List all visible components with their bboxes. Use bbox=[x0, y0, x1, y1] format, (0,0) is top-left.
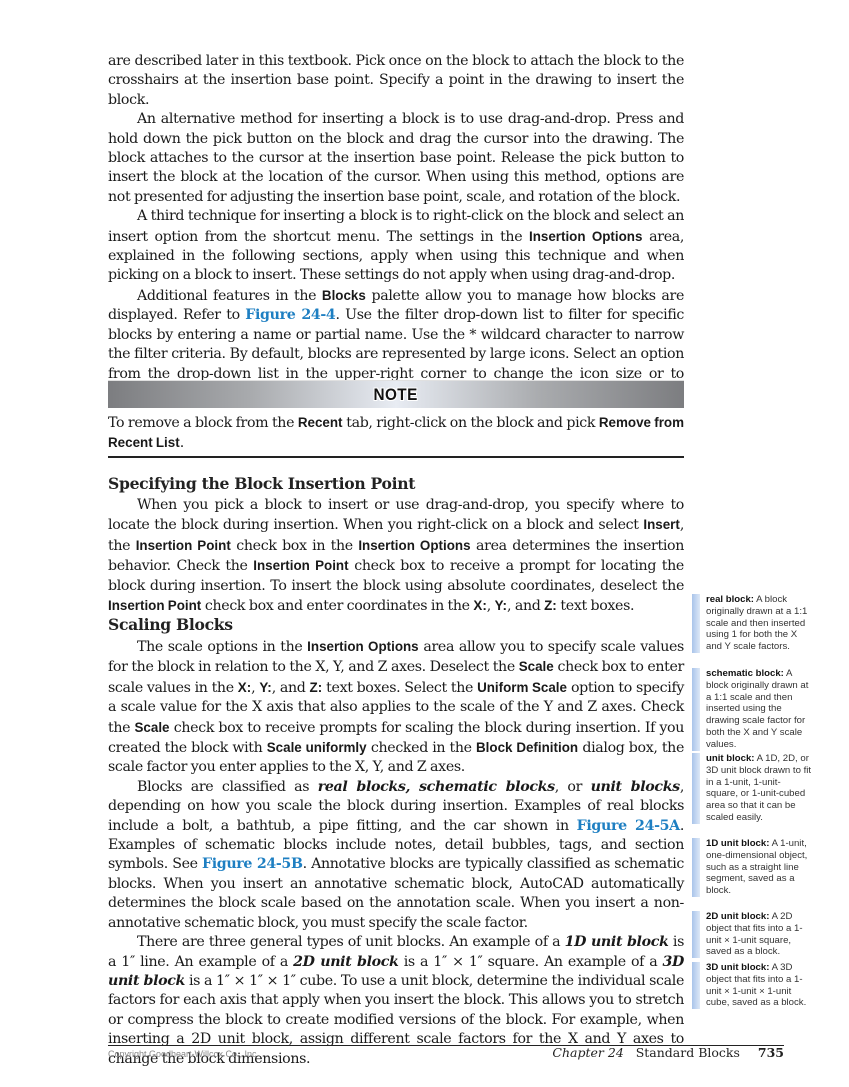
definition-bar bbox=[692, 594, 700, 653]
running-footer: Chapter 24 Standard Blocks735 bbox=[552, 1045, 784, 1060]
paragraph: Blocks are classified as real blocks, sc… bbox=[108, 778, 684, 933]
page-footer: Copyright Goodheart-Willcox Co., Inc. Ch… bbox=[108, 1045, 784, 1046]
body-text-top: are described later in this textbook. Pi… bbox=[108, 52, 684, 403]
section-heading: Scaling Blocks bbox=[108, 615, 684, 634]
margin-definition: unit block: A 1D, 2D, or 3D unit block d… bbox=[692, 753, 812, 824]
margin-definition: schematic block: A block originally draw… bbox=[692, 668, 812, 751]
section-insertion-point: Specifying the Block Insertion Point Whe… bbox=[108, 474, 684, 616]
paragraph: When you pick a block to insert or use d… bbox=[108, 496, 684, 616]
margin-definition: 1D unit block: A 1-unit, one-dimensional… bbox=[692, 838, 812, 897]
definition-bar bbox=[692, 911, 700, 958]
margin-definition: 2D unit block: A 2D object that fits int… bbox=[692, 911, 812, 958]
margin-definition: 3D unit block: A 3D object that fits int… bbox=[692, 962, 812, 1009]
definition-bar bbox=[692, 668, 700, 751]
note-title: NOTE bbox=[374, 385, 418, 405]
page-number: 735 bbox=[758, 1045, 784, 1060]
definition-bar bbox=[692, 962, 700, 1009]
note-text: To remove a block from the Recent tab, r… bbox=[108, 413, 684, 454]
paragraph: The scale options in the Insertion Optio… bbox=[108, 637, 684, 778]
paragraph: An alternative method for inserting a bl… bbox=[108, 110, 684, 207]
note-divider bbox=[108, 456, 684, 458]
note-banner: NOTE bbox=[108, 380, 684, 408]
paragraph: A third technique for inserting a block … bbox=[108, 207, 684, 286]
figure-link[interactable]: Figure 24-5B bbox=[202, 856, 303, 872]
figure-link[interactable]: Figure 24-4 bbox=[245, 307, 335, 323]
section-scaling-blocks: Scaling Blocks The scale options in the … bbox=[108, 615, 684, 1069]
margin-definition: real block: A block originally drawn at … bbox=[692, 594, 812, 653]
figure-link[interactable]: Figure 24-5A bbox=[577, 818, 680, 834]
section-heading: Specifying the Block Insertion Point bbox=[108, 474, 684, 493]
definition-bar bbox=[692, 838, 700, 897]
paragraph: are described later in this textbook. Pi… bbox=[108, 52, 684, 110]
definition-bar bbox=[692, 753, 700, 824]
copyright: Copyright Goodheart-Willcox Co., Inc. bbox=[108, 1049, 259, 1059]
note-body: To remove a block from the Recent tab, r… bbox=[108, 413, 684, 454]
